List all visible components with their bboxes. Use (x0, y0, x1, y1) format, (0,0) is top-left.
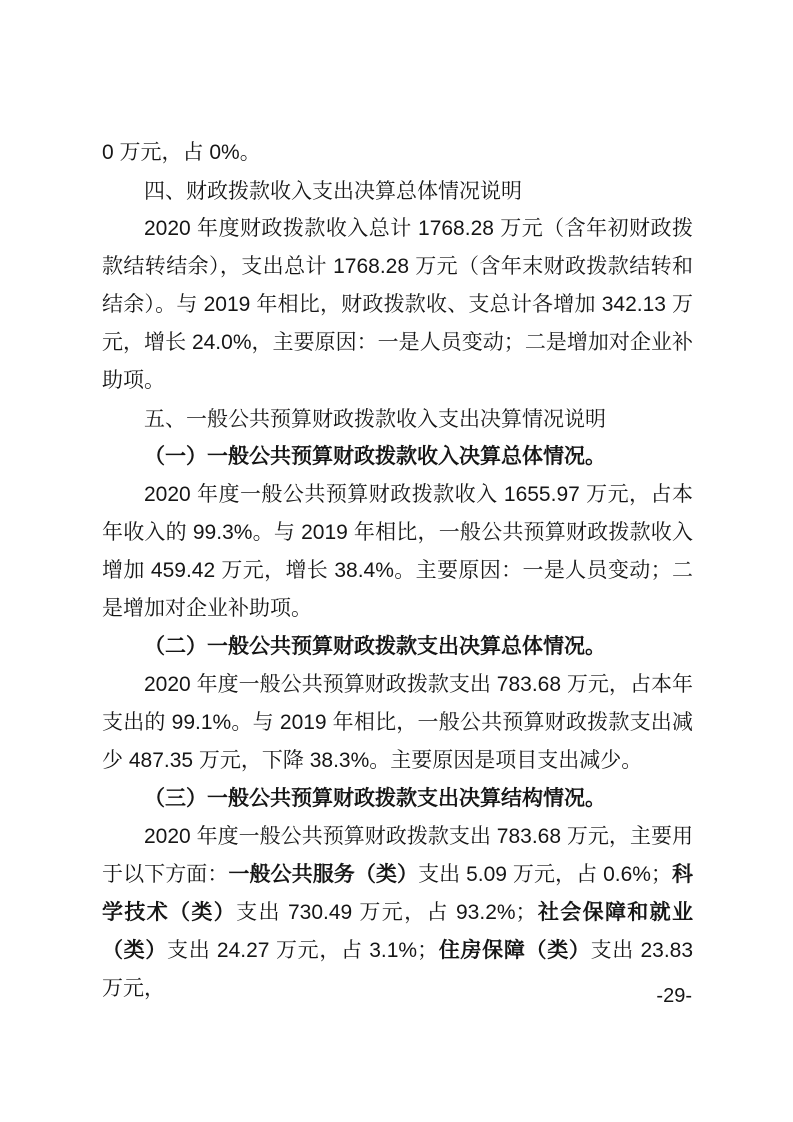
subsection-two-heading: （二）一般公共预算财政拨款支出决算总体情况。 (102, 628, 693, 666)
text-run: 支出 24.27 万元，占 3.1%； (167, 939, 438, 962)
section-four-paragraph: 2020 年度财政拨款收入总计 1768.28 万元（含年初财政拨款结转结余），… (102, 210, 693, 400)
section-heading-four: 四、财政拨款收入支出决算总体情况说明 (102, 172, 693, 210)
page-number: -29- (656, 984, 692, 1008)
subsection-three-heading: （三）一般公共预算财政拨款支出决算结构情况。 (102, 780, 693, 818)
text-run: 支出 730.49 万元，占 93.2%； (236, 901, 536, 924)
subsection-one-paragraph: 2020 年度一般公共预算财政拨款收入 1655.97 万元，占本年收入的 99… (102, 476, 693, 628)
text-run: 支出 5.09 万元，占 0.6%； (418, 863, 672, 886)
text-run-bold: 住房保障（类） (438, 939, 590, 962)
document-page: 0 万元，占 0%。 四、财政拨款收入支出决算总体情况说明 2020 年度财政拨… (0, 0, 793, 1122)
paragraph-carryover: 0 万元，占 0%。 (102, 134, 693, 172)
subsection-one-heading: （一）一般公共预算财政拨款收入决算总体情况。 (102, 438, 693, 476)
subsection-two-paragraph: 2020 年度一般公共预算财政拨款支出 783.68 万元，占本年支出的 99.… (102, 666, 693, 780)
document-body: 0 万元，占 0%。 四、财政拨款收入支出决算总体情况说明 2020 年度财政拨… (102, 134, 693, 1008)
text-run-bold: 一般公共服务（类） (228, 863, 418, 886)
section-heading-five: 五、一般公共预算财政拨款收入支出决算情况说明 (102, 400, 693, 438)
subsection-three-paragraph: 2020 年度一般公共预算财政拨款支出 783.68 万元，主要用于以下方面：一… (102, 818, 693, 1008)
